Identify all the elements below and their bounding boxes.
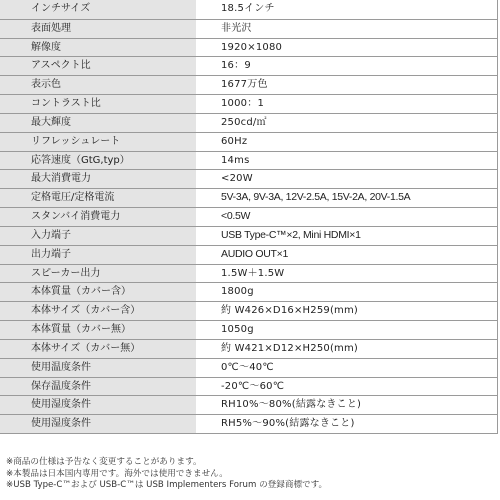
- spec-row-colors: 表示色1677万色: [0, 75, 497, 94]
- spec-label: スタンバイ消費電力: [0, 208, 196, 226]
- spec-value: 5V-3A, 9V-3A, 12V-2.5A, 15V-2A, 20V-1.5A: [196, 189, 497, 207]
- spec-value: 16：9: [196, 57, 497, 75]
- spec-row-aspect: アスペクト比16：9: [0, 56, 497, 75]
- spec-row-mass-cover: 本体質量（カバー含）1800g: [0, 282, 497, 301]
- spec-label: 表示色: [0, 76, 196, 94]
- spec-row-speaker: スピーカー出力1.5W＋1.5W: [0, 264, 497, 283]
- spec-row-surface: 表面処理非光沢: [0, 19, 497, 38]
- spec-label: スピーカー出力: [0, 265, 196, 283]
- spec-value: 非光沢: [196, 20, 497, 38]
- spec-label: 応答速度（GtG,typ）: [0, 152, 196, 170]
- spec-row-contrast: コントラスト比1000：1: [0, 94, 497, 113]
- spec-value: 1050g: [196, 321, 497, 339]
- spec-value: 60Hz: [196, 133, 497, 151]
- spec-label: リフレッシュレート: [0, 133, 196, 151]
- spec-value: 250cd/㎡: [196, 114, 497, 132]
- spec-row-size-nocover: 本体サイズ（カバー無）約 W421×D12×H250(mm): [0, 339, 497, 358]
- spec-label: 本体サイズ（カバー含）: [0, 302, 196, 320]
- spec-label: 表面処理: [0, 20, 196, 38]
- spec-row-op-temp: 使用温度条件0℃～40℃: [0, 358, 497, 377]
- spec-label: 解像度: [0, 39, 196, 57]
- spec-row-inch-size: インチサイズ18.5インチ: [0, 0, 497, 19]
- spec-value: 0℃～40℃: [196, 359, 497, 377]
- spec-label: 使用湿度条件: [0, 396, 196, 414]
- spec-row-storage-temp: 保存温度条件-20℃～60℃: [0, 377, 497, 396]
- spec-value: 1920×1080: [196, 39, 497, 57]
- footnote: ※USB Type-C™および USB-C™は USB Implementers…: [6, 480, 327, 492]
- spec-value: 約 W426×D16×H259(mm): [196, 302, 497, 320]
- spec-row-resolution: 解像度1920×1080: [0, 38, 497, 57]
- spec-value: 約 W421×D12×H250(mm): [196, 340, 497, 358]
- spec-label: 保存温度条件: [0, 378, 196, 396]
- spec-value: 18.5インチ: [196, 0, 497, 19]
- spec-row-standby: スタンバイ消費電力<0.5W: [0, 207, 497, 226]
- spec-label: 入力端子: [0, 227, 196, 245]
- spec-label: 本体質量（カバー無）: [0, 321, 196, 339]
- spec-value: USB Type-C™×2, Mini HDMI×1: [196, 227, 497, 245]
- spec-row-output: 出力端子AUDIO OUT×1: [0, 245, 497, 264]
- spec-value: -20℃～60℃: [196, 378, 497, 396]
- spec-label: コントラスト比: [0, 95, 196, 113]
- spec-label: 出力端子: [0, 246, 196, 264]
- spec-label: 最大消費電力: [0, 170, 196, 188]
- spec-row-input: 入力端子USB Type-C™×2, Mini HDMI×1: [0, 226, 497, 245]
- spec-value: AUDIO OUT×1: [196, 246, 497, 264]
- footnote: ※本製品は日本国内専用です。海外では使用できません。: [6, 469, 327, 481]
- spec-label: 定格電圧/定格電流: [0, 189, 196, 207]
- spec-row-refresh: リフレッシュレート60Hz: [0, 132, 497, 151]
- spec-row-rated-voltage: 定格電圧/定格電流5V-3A, 9V-3A, 12V-2.5A, 15V-2A,…: [0, 188, 497, 207]
- spec-value: 1800g: [196, 283, 497, 301]
- spec-value: 1677万色: [196, 76, 497, 94]
- spec-label: 使用温度条件: [0, 359, 196, 377]
- spec-label: 使用湿度条件: [0, 415, 196, 433]
- spec-row-humidity-2: 使用湿度条件RH5%～90%(結露なきこと): [0, 414, 497, 433]
- spec-value: RH10%～80%(結露なきこと): [196, 396, 497, 414]
- footnote: ※商品の仕様は予告なく変更することがあります。: [6, 457, 327, 469]
- spec-row-humidity-1: 使用湿度条件RH10%～80%(結露なきこと): [0, 395, 497, 414]
- spec-value: 1.5W＋1.5W: [196, 265, 497, 283]
- footnotes: ※商品の仕様は予告なく変更することがあります。 ※本製品は日本国内専用です。海外…: [6, 457, 327, 492]
- spec-value: RH5%～90%(結露なきこと): [196, 415, 497, 433]
- spec-value: <20W: [196, 170, 497, 188]
- spec-value: 1000：1: [196, 95, 497, 113]
- spec-row-brightness: 最大輝度250cd/㎡: [0, 113, 497, 132]
- spec-row-response: 応答速度（GtG,typ）14ms: [0, 151, 497, 170]
- spec-label: 本体質量（カバー含）: [0, 283, 196, 301]
- spec-label: アスペクト比: [0, 57, 196, 75]
- spec-value: <0.5W: [196, 208, 497, 226]
- spec-row-size-cover: 本体サイズ（カバー含）約 W426×D16×H259(mm): [0, 301, 497, 320]
- spec-label: 最大輝度: [0, 114, 196, 132]
- spec-table: インチサイズ18.5インチ 表面処理非光沢 解像度1920×1080 アスペクト…: [0, 0, 498, 434]
- spec-row-mass-nocover: 本体質量（カバー無）1050g: [0, 320, 497, 339]
- spec-label: 本体サイズ（カバー無）: [0, 340, 196, 358]
- spec-label: インチサイズ: [0, 0, 196, 19]
- spec-value: 14ms: [196, 152, 497, 170]
- spec-row-max-power: 最大消費電力<20W: [0, 169, 497, 188]
